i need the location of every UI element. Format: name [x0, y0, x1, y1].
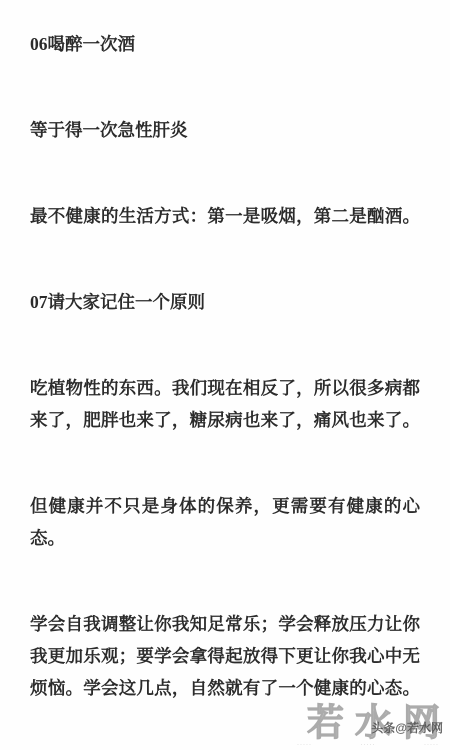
text-line: 学会自我调整让你我知足常乐；学会释放压力让你 — [30, 608, 420, 640]
watermark-caption: ····· — [361, 742, 376, 748]
text-line: 我更加乐观；要学会拿得起放得下更让你我心中无 — [30, 640, 420, 672]
watermark-caption: ····· — [424, 742, 439, 748]
text-line: 来了，肥胖也来了，糖尿病也来了，痛风也来了。 — [30, 404, 420, 436]
paragraph: 07请大家记住一个原则 — [30, 286, 420, 318]
watermark-overlay-text: 头条@若水网 — [371, 719, 443, 736]
text-line: 07请大家记住一个原则 — [30, 286, 420, 318]
text-line: 吃植物性的东西。我们现在相反了，所以很多病都 — [30, 372, 420, 404]
text-line: 等于得一次急性肝炎 — [30, 114, 420, 146]
article-page: 06喝醉一次酒 等于得一次急性肝炎 最不健康的生活方式：第一是吸烟，第二是酗酒。… — [0, 0, 450, 750]
paragraph: 等于得一次急性肝炎 — [30, 114, 420, 146]
paragraph: 学会自我调整让你我知足常乐；学会释放压力让你 我更加乐观；要学会拿得起放得下更让… — [30, 608, 420, 704]
watermark: 若水网 ····· ····· ····· 头条@若水网 — [295, 704, 445, 748]
paragraph: 吃植物性的东西。我们现在相反了，所以很多病都 来了，肥胖也来了，糖尿病也来了，痛… — [30, 372, 420, 436]
article-body: 06喝醉一次酒 等于得一次急性肝炎 最不健康的生活方式：第一是吸烟，第二是酗酒。… — [30, 0, 420, 750]
paragraph: 但健康并不只是身体的保养，更需要有健康的心 态。 — [30, 490, 420, 554]
text-line: 但健康并不只是身体的保养，更需要有健康的心 — [30, 490, 420, 522]
paragraph: 最不健康的生活方式：第一是吸烟，第二是酗酒。 — [30, 200, 420, 232]
text-line: 最不健康的生活方式：第一是吸烟，第二是酗酒。 — [30, 200, 420, 232]
watermark-caption: ····· — [297, 742, 312, 748]
text-line: 烦恼。学会这几点，自然就有了一个健康的心态。 — [30, 672, 420, 704]
text-line: 06喝醉一次酒 — [30, 28, 420, 60]
text-line: 态。 — [30, 522, 420, 554]
paragraph: 06喝醉一次酒 — [30, 28, 420, 60]
